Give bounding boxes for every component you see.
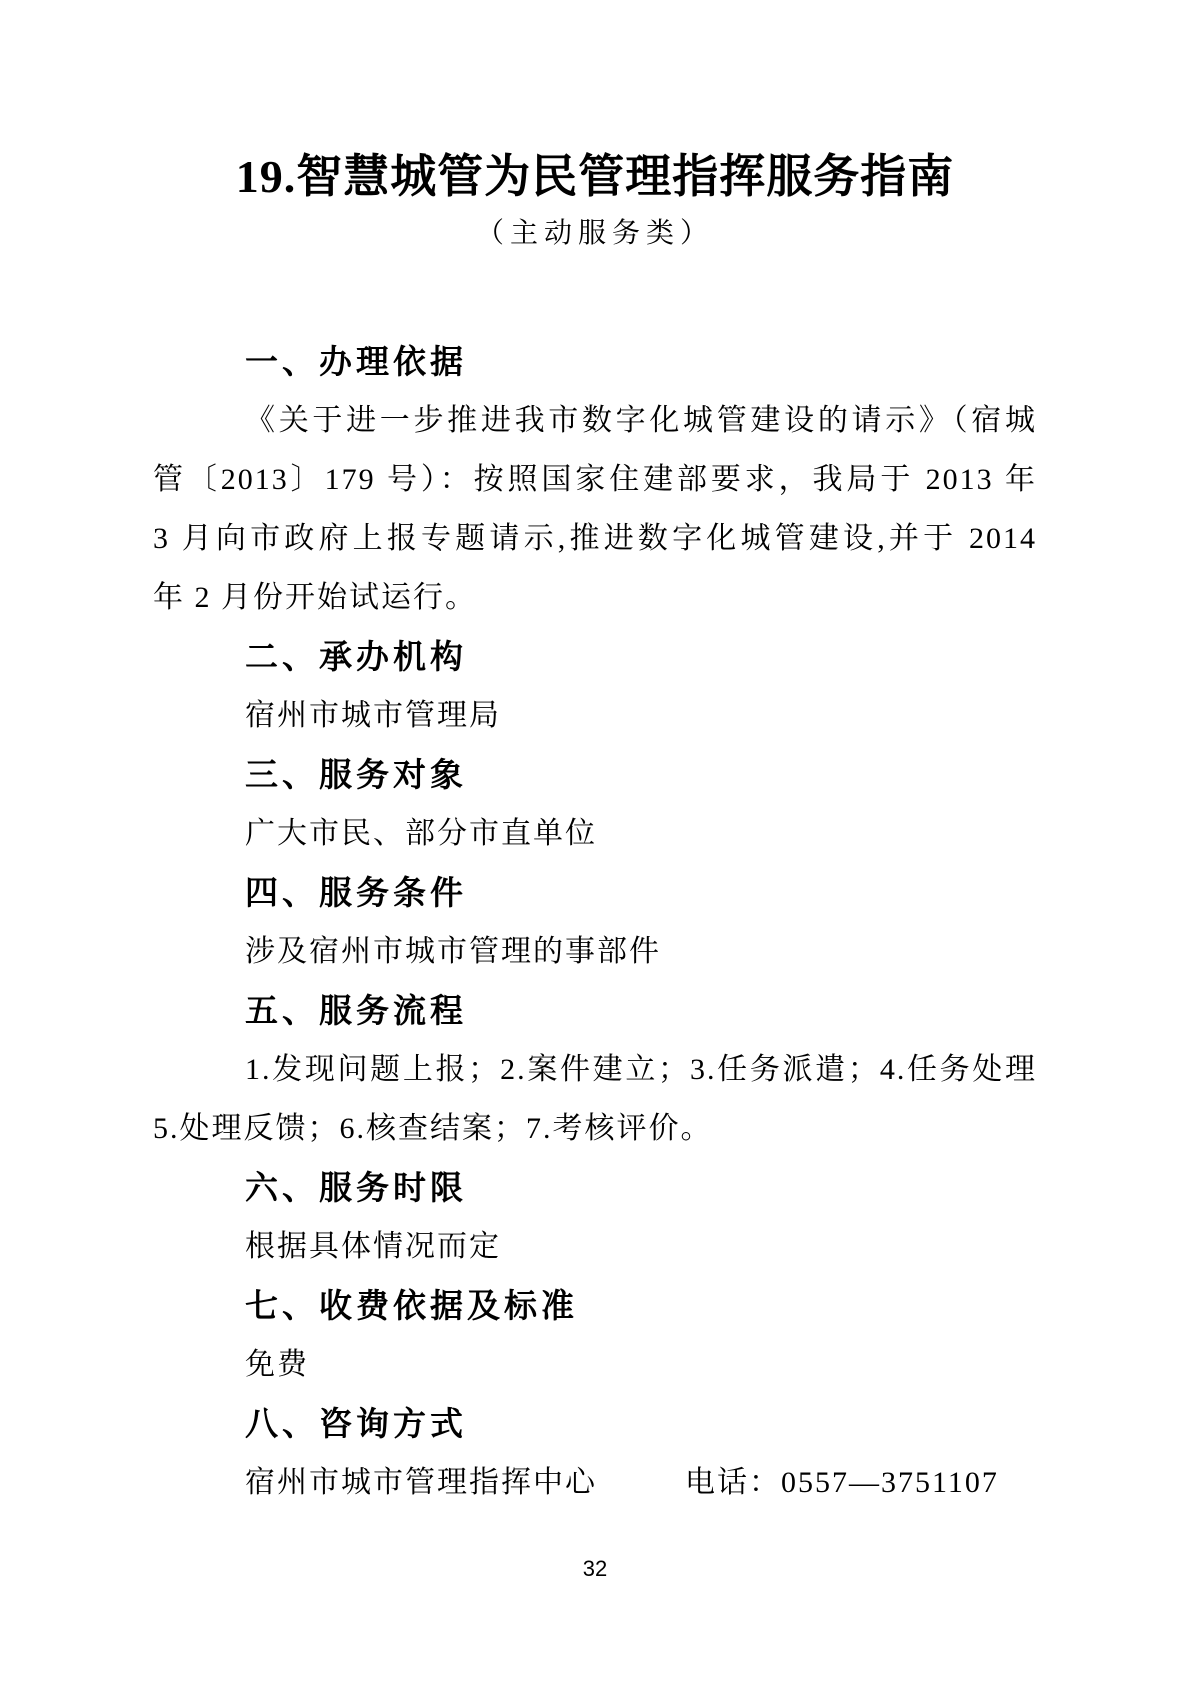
- paragraph-line: 涉及宿州市城市管理的事部件: [153, 922, 1037, 981]
- contact-phone-number: 0557—3751107: [781, 1466, 999, 1499]
- paragraph-line: 广大市民、部分市直单位: [153, 804, 1037, 863]
- heading-8-contact-method: 八、咨询方式: [153, 1394, 1037, 1453]
- paragraph-line: 宿州市城市管理局: [153, 686, 1037, 745]
- paragraph-line: 5.处理反馈；6.核查结案；7.考核评价。: [153, 1099, 1037, 1158]
- paragraph-line: 根据具体情况而定: [153, 1217, 1037, 1276]
- page-subtitle: （主动服务类）: [153, 215, 1037, 253]
- contact-org: 宿州市城市管理指挥中心: [245, 1466, 597, 1499]
- page-number: 32: [0, 1556, 1190, 1582]
- contact-phone-label: 电话：: [685, 1466, 781, 1499]
- heading-5-service-process: 五、服务流程: [153, 981, 1037, 1040]
- heading-2-agency: 二、承办机构: [153, 627, 1037, 686]
- heading-1-basis: 一、办理依据: [153, 332, 1037, 391]
- heading-4-service-condition: 四、服务条件: [153, 863, 1037, 922]
- paragraph-line: 1.发现问题上报；2.案件建立；3.任务派遣；4.任务处理: [153, 1040, 1037, 1099]
- paragraph-line: 免费: [153, 1335, 1037, 1394]
- paragraph-line: 3 月向市政府上报专题请示,推进数字化城管建设,并于 2014: [153, 509, 1037, 568]
- document-page: 19.智慧城管为民管理指挥服务指南 （主动服务类） 一、办理依据 《关于进一步推…: [0, 0, 1190, 1683]
- document-body: 一、办理依据 《关于进一步推进我市数字化城管建设的请示》（宿城 管〔2013〕1…: [153, 332, 1037, 1512]
- heading-7-fee-standard: 七、收费依据及标准: [153, 1276, 1037, 1335]
- heading-6-time-limit: 六、服务时限: [153, 1158, 1037, 1217]
- contact-line: 宿州市城市管理指挥中心电话：0557—3751107: [153, 1453, 1037, 1512]
- page-title: 19.智慧城管为民管理指挥服务指南: [153, 149, 1037, 205]
- contact-phone: 电话：0557—3751107: [685, 1466, 999, 1499]
- heading-3-service-target: 三、服务对象: [153, 745, 1037, 804]
- paragraph-line: 管〔2013〕179 号）：按照国家住建部要求，我局于 2013 年: [153, 450, 1037, 509]
- page-content: 19.智慧城管为民管理指挥服务指南 （主动服务类） 一、办理依据 《关于进一步推…: [153, 149, 1037, 1512]
- paragraph-line: 年 2 月份开始试运行。: [153, 568, 1037, 627]
- paragraph-line: 《关于进一步推进我市数字化城管建设的请示》（宿城: [153, 391, 1037, 450]
